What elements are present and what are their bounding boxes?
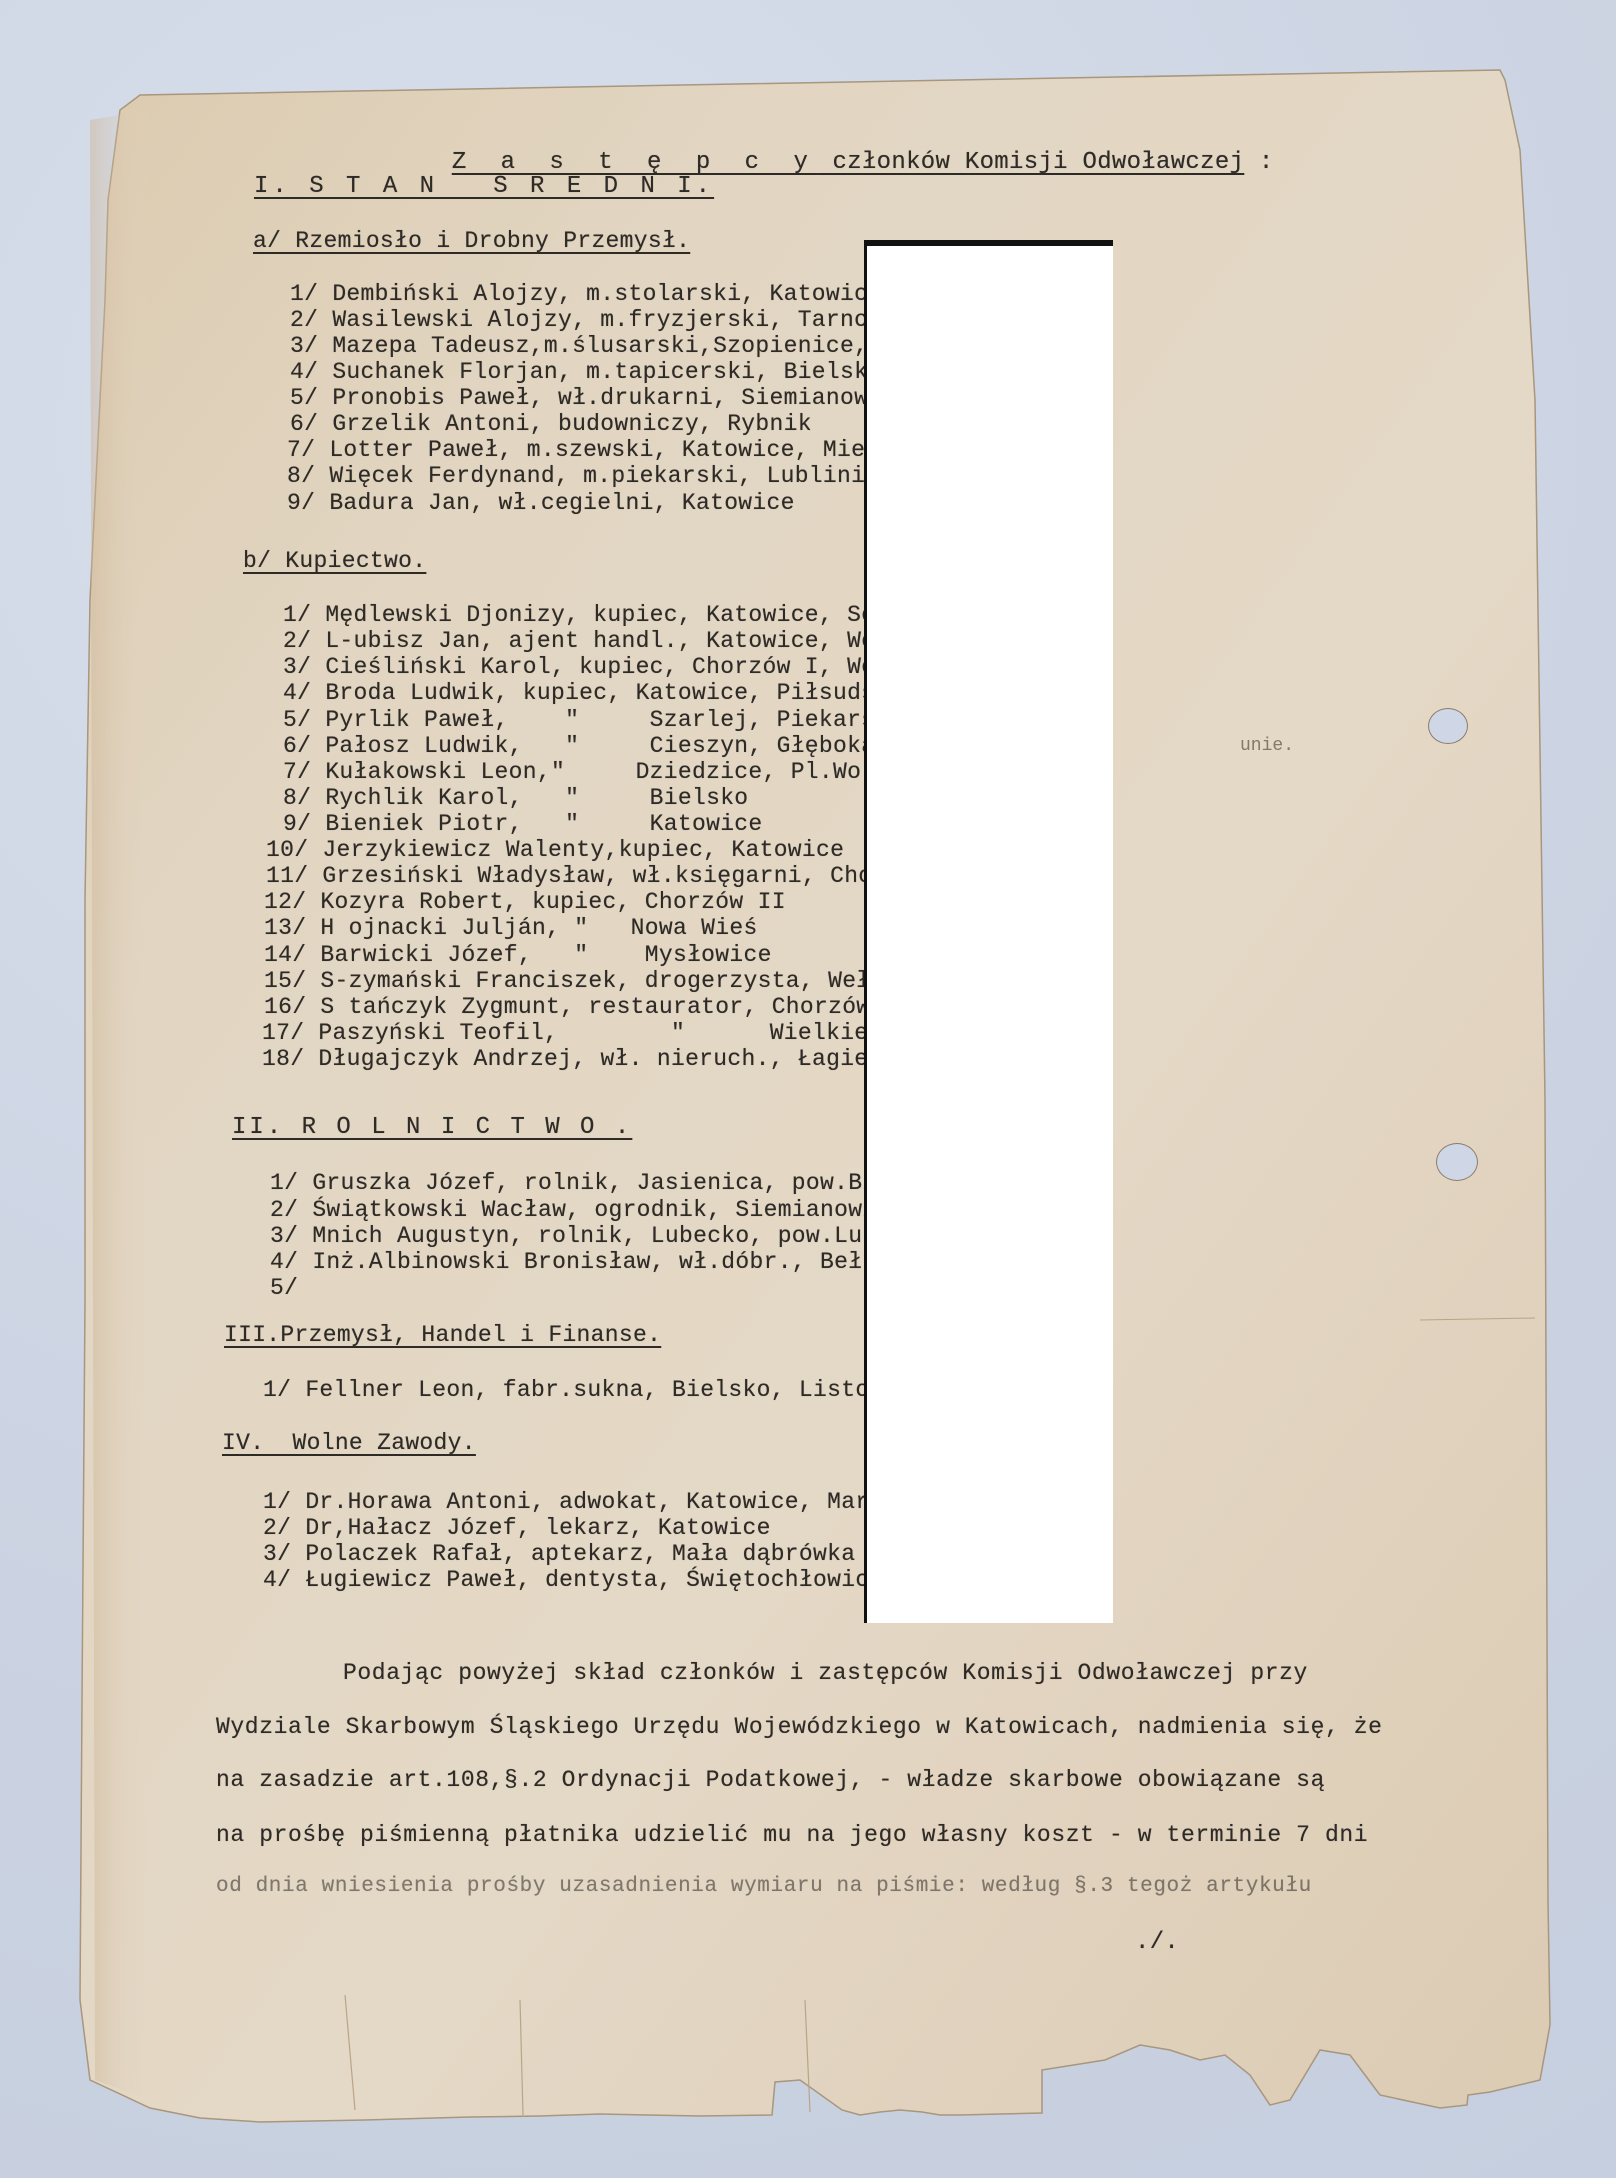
list-item: 5/ <box>270 1275 312 1301</box>
list-item: 17/ Paszyński Teofil, " Wielkie <box>262 1020 868 1046</box>
list-item: 1/ Fellner Leon, fabr.sukna, Bielsko, Li… <box>263 1377 884 1403</box>
subsection-heading-kupiectwo: b/ Kupiectwo. <box>243 548 426 574</box>
paragraph-line: na prośbę piśmienną płatnika udzielić mu… <box>216 1822 1368 1848</box>
section-heading-przemysl: III.Przemysł, Handel i Finanse. <box>224 1322 661 1348</box>
list-item: 16/ S tańczyk Zygmunt, restaurator, Chor… <box>264 994 870 1020</box>
list-item: 7/ Lotter Paweł, m.szewski, Katowice, Mi… <box>287 437 879 463</box>
paragraph-line: na zasadzie art.108,§.2 Ordynacji Podatk… <box>216 1767 1325 1793</box>
list-item: 14/ Barwicki Józef, " Mysłowice <box>264 942 772 968</box>
list-item: 5/ Pyrlik Paweł, " Szarlej, Piekarsk <box>283 707 889 733</box>
list-item: 3/ Cieśliński Karol, kupiec, Chorzów I, … <box>283 654 875 680</box>
list-item: 4/ Suchanek Florjan, m.tapicerski, Biels… <box>290 359 882 385</box>
list-item: 1/ Dembiński Alojzy, m.stolarski, Katowi… <box>290 281 882 307</box>
list-item: 10/ Jerzykiewicz Walenty,kupiec, Katowic… <box>266 837 844 863</box>
redaction-box <box>864 240 1113 1623</box>
list-item: 1/ Gruszka Józef, rolnik, Jasienica, pow… <box>270 1170 876 1196</box>
list-item: 2/ Świątkowski Wacław, ogrodnik, Siemian… <box>270 1197 876 1223</box>
section-heading-wolne-zawody: IV. Wolne Zawody. <box>222 1430 476 1456</box>
section-heading-stan-sredni: I. S T A N S R E D N I. <box>254 174 714 200</box>
list-item: 2/ Dr,Hałacz Józef, lekarz, Katowice <box>263 1515 771 1541</box>
list-item: 11/ Grzesiński Władysław, wł.księgarni, … <box>266 863 872 889</box>
list-item: 7/ Kułakowski Leon," Dziedzice, Pl.Wol <box>283 759 875 785</box>
list-item: 1/ Dr.Horawa Antoni, adwokat, Katowice, … <box>263 1489 869 1515</box>
list-item: 5/ Pronobis Paweł, wł.drukarni, Siemiano… <box>290 385 882 411</box>
list-item: 18/ Długajczyk Andrzej, wł. nieruch., Ła… <box>262 1046 883 1072</box>
list-item: 4/ Inż.Albinowski Bronisław, wł.dóbr., B… <box>270 1249 876 1275</box>
list-item: 6/ Pałosz Ludwik, " Cieszyn, Głęboka <box>283 733 875 759</box>
list-item: 9/ Bieniek Piotr, " Katowice <box>283 811 763 837</box>
list-item: 6/ Grzelik Antoni, budowniczy, Rybnik <box>290 411 812 437</box>
paragraph-line: Wydziale Skarbowym Śląskiego Urzędu Woje… <box>216 1714 1383 1740</box>
list-item: 2/ Wasilewski Alojzy, m.fryzjerski, Tarn… <box>290 307 882 333</box>
list-item: 9/ Badura Jan, wł.cegielni, Katowice <box>287 490 795 516</box>
continuation-mark: ./. <box>1135 1930 1179 1956</box>
list-item: 13/ H ojnacki Julján, " Nowa Wieś <box>264 915 758 941</box>
list-item: 4/ Ługiewicz Paweł, dentysta, Świętochło… <box>263 1567 869 1593</box>
list-item: 12/ Kozyra Robert, kupiec, Chorzów II <box>264 889 786 915</box>
list-item: 3/ Mnich Augustyn, rolnik, Lubecko, pow.… <box>270 1223 876 1249</box>
list-item: 8/ Więcek Ferdynand, m.piekarski, Lublin… <box>287 463 879 489</box>
list-item: 8/ Rychlik Karol, " Bielsko <box>283 785 748 811</box>
section-heading-rolnictwo: II. R O L N I C T W O . <box>232 1115 632 1141</box>
margin-note: unie. <box>1240 736 1294 756</box>
document-content: Z a s t ę p c y członków Komisji Odwoław… <box>0 0 1616 2178</box>
paragraph-line: Podając powyżej skład członków i zastępc… <box>343 1660 1308 1686</box>
paragraph-line: od dnia wniesienia prośby uzasadnienia w… <box>216 1874 1312 1900</box>
list-item: 2/ L-ubisz Jan, ajent handl., Katowice, … <box>283 628 875 654</box>
list-item: 4/ Broda Ludwik, kupiec, Katowice, Piłsu… <box>283 680 875 706</box>
list-item: 15/ S-zymański Franciszek, drogerzysta, … <box>264 968 885 994</box>
subsection-heading-rzemioslo: a/ Rzemiosło i Drobny Przemysł. <box>253 228 690 254</box>
list-item: 1/ Mędlewski Djonizy, kupiec, Katowice, … <box>283 602 875 628</box>
list-item: 3/ Mazepa Tadeusz,m.ślusarski,Szopienice… <box>290 333 868 359</box>
list-item: 3/ Polaczek Rafał, aptekarz, Mała dąbrów… <box>263 1541 855 1567</box>
